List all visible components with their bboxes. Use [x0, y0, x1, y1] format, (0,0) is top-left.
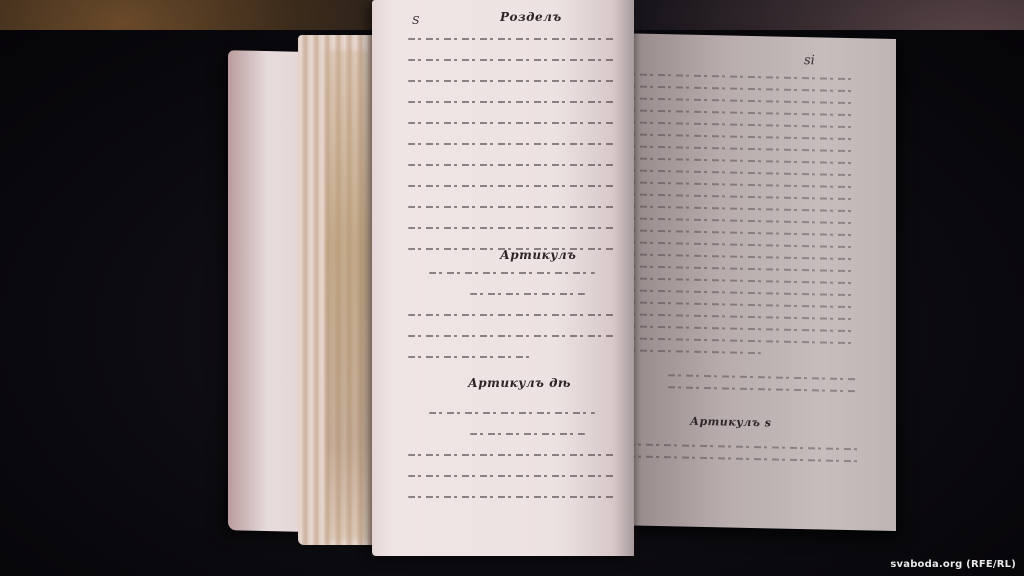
right-page-text-mid [668, 374, 858, 402]
left-page-heading-lower: Артикулъ дѣ [468, 376, 571, 390]
left-page: Ѕ Розделъ Артикулъ Артикулъ дѣ [372, 0, 634, 556]
right-page-number: ѕі [804, 53, 815, 68]
manuscript-book: ѕі Артикулъ ѕ Ѕ Розделъ [0, 0, 1024, 576]
left-page-text-middle [408, 272, 616, 377]
left-page-text-top [408, 38, 616, 269]
right-page-text-bottom [628, 443, 858, 472]
page-edges-stain [326, 50, 370, 540]
photo-scene: ѕі Артикулъ ѕ Ѕ Розделъ [0, 0, 1024, 576]
right-page: ѕі Артикулъ ѕ [608, 33, 896, 531]
left-page-text-lower [408, 412, 616, 517]
watermark-credit: svaboda.org (RFE/RL) [890, 559, 1016, 570]
right-page-heading-lower: Артикулъ ѕ [690, 415, 771, 430]
right-page-text-top [622, 73, 854, 366]
left-page-heading-middle: Артикулъ [500, 248, 576, 262]
left-page-corner-mark: Ѕ [412, 14, 420, 27]
left-page-heading-top: Розделъ [500, 10, 562, 24]
